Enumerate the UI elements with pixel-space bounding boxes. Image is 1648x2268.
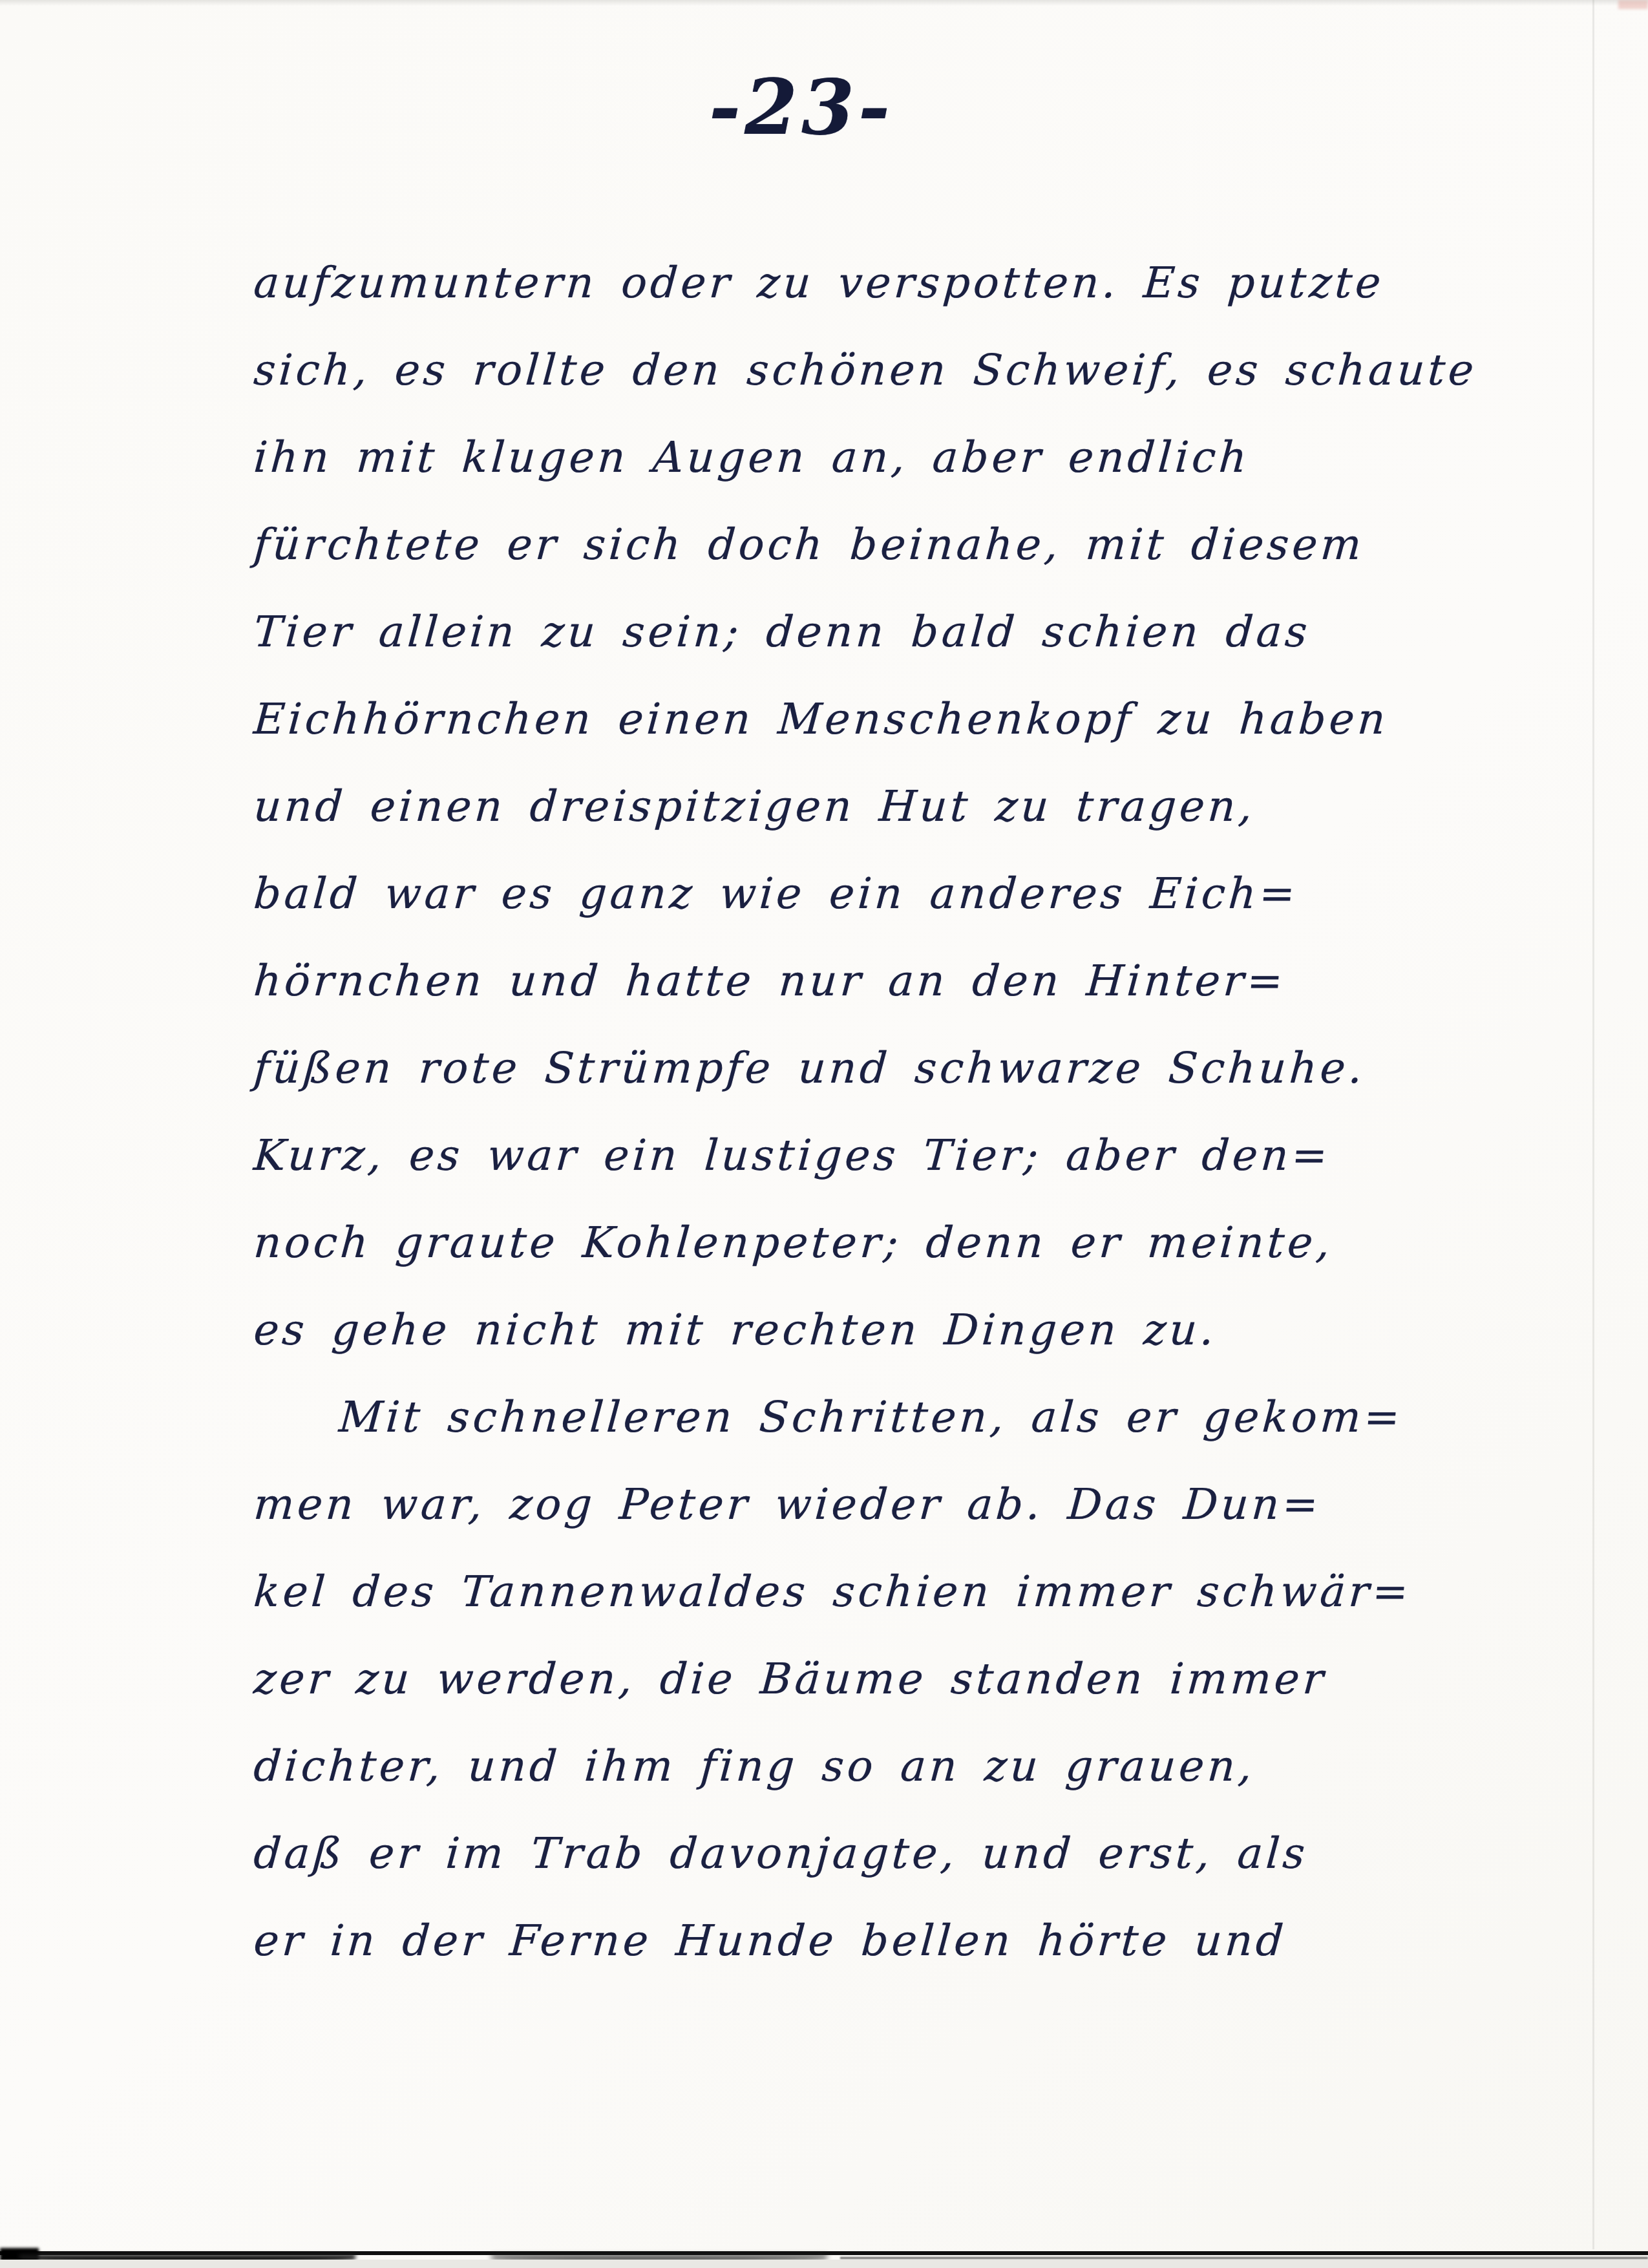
manuscript-line: men war, zog Peter wieder ab. Das Dun= [251,1461,1394,1548]
manuscript-line: und einen dreispitzigen Hut zu tragen, [251,763,1394,850]
manuscript-line: Kurz, es war ein lustiges Tier; aber den… [251,1112,1394,1199]
manuscript-line: hörnchen und hatte nur an den Hinter= [251,937,1394,1024]
manuscript-line: aufzumuntern oder zu verspotten. Es putz… [251,239,1394,326]
scan-bottom-shadow-thin [840,2257,1648,2259]
scanned-manuscript-page: { "page": { "number_label": "-23-", "ink… [0,0,1648,2268]
manuscript-line: Eichhörnchen einen Menschenkopf zu haben [251,675,1394,763]
manuscript-line: ihn mit klugen Augen an, aber endlich [251,414,1394,501]
manuscript-line: bald war es ganz wie ein anderes Eich= [251,850,1394,937]
manuscript-line: es gehe nicht mit rechten Dingen zu. [251,1286,1394,1373]
manuscript-line: dichter, und ihm fing so an zu grauen, [251,1722,1394,1810]
manuscript-line: sich, es rollte den schönen Schweif, es … [251,326,1394,414]
manuscript-line: daß er im Trab davonjagte, und erst, als [251,1810,1394,1897]
manuscript-line: er in der Ferne Hunde bellen hörte und [251,1897,1394,1984]
manuscript-line: fürchtete er sich doch beinahe, mit dies… [251,501,1394,588]
scan-bottom-paper-edge [0,2260,1648,2268]
scan-corner-artifact [1618,0,1648,9]
scan-top-edge-artifact [0,0,1648,6]
manuscript-line-paragraph-start: Mit schnelleren Schritten, als er gekom= [251,1373,1394,1461]
manuscript-line: kel des Tannenwaldes schien immer schwär… [251,1548,1394,1635]
manuscript-text-block: aufzumuntern oder zu verspotten. Es putz… [251,239,1388,1984]
page-number: -23- [0,62,1603,152]
manuscript-line: noch graute Kohlenpeter; denn er meinte, [251,1199,1394,1286]
manuscript-line: zer zu werden, die Bäume standen immer [251,1635,1394,1722]
manuscript-line: füßen rote Strümpfe und schwarze Schuhe. [251,1024,1394,1112]
scan-right-seam-artifact [1592,0,1594,2249]
manuscript-line: Tier allein zu sein; denn bald schien da… [251,588,1394,675]
